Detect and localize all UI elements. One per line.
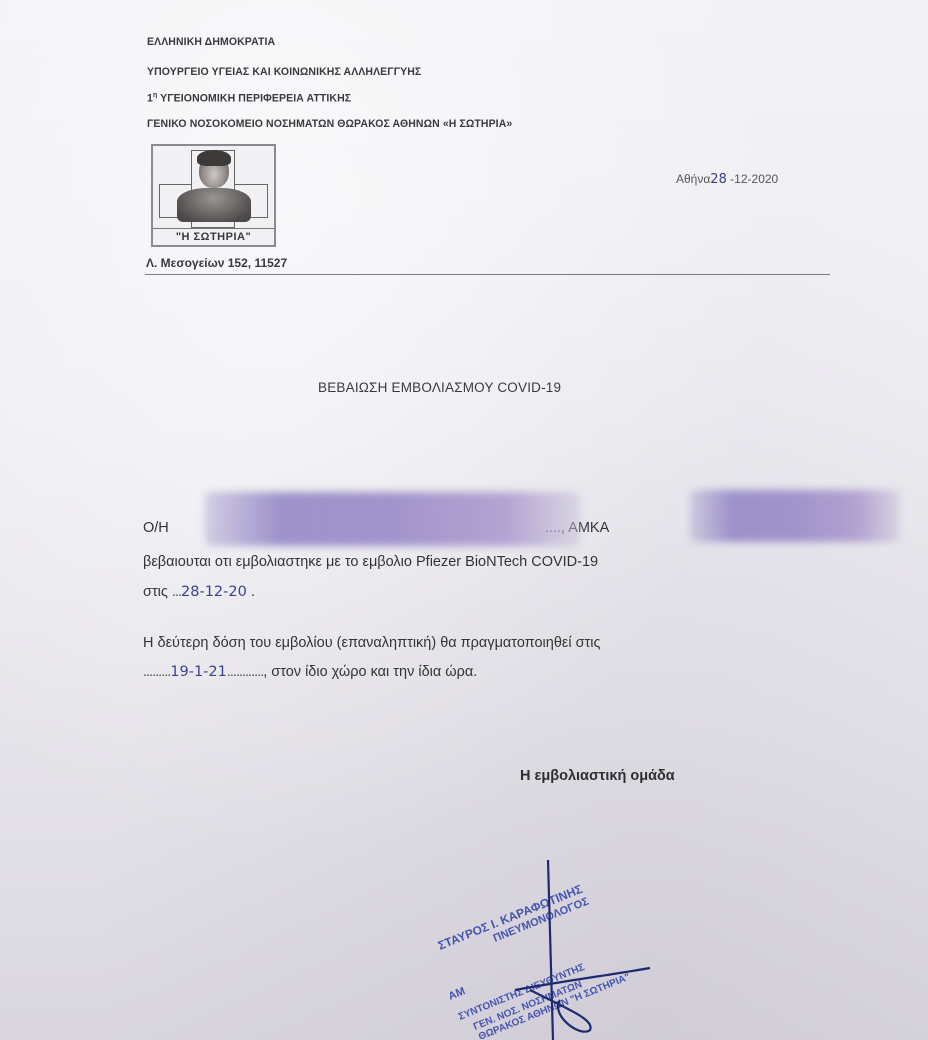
letterhead-hospital: ΓΕΝΙΚΟ ΝΟΣΟΚΟΜΕΙΟ ΝΟΣΗΜΑΤΩΝ ΘΩΡΑΚΟΣ ΑΘΗΝ…	[147, 118, 512, 131]
document-title: ΒΕΒΑΙΩΣΗ ΕΜΒΟΛΙΑΣΜΟΥ COVID-19	[318, 380, 561, 395]
recipient-label: Ο/Η	[143, 520, 169, 536]
date-rest: -12-2020	[727, 172, 778, 186]
redacted-name	[205, 492, 580, 546]
first-dose-date: 28-12-20	[181, 584, 247, 600]
second-dose-line: .........19-1-21............, στον ίδιο …	[143, 664, 477, 680]
dots: .........	[143, 664, 170, 680]
hospital-logo-icon: "Η ΣΩΤΗΡΙΑ"	[151, 144, 276, 247]
hospital-address: Λ. Μεσογείων 152, 11527	[146, 256, 287, 270]
signoff-vaccination-team: Η εμβολιαστική ομάδα	[520, 768, 675, 784]
second-dose-text: Η δεύτερη δόση του εμβολίου (επαναληπτικ…	[143, 635, 601, 651]
logo-portrait-body	[177, 188, 251, 222]
date-label: στις	[143, 584, 168, 600]
dots: ...	[172, 584, 181, 600]
letterhead-region: 1η ΥΓΕΙΟΝΟΜΙΚΗ ΠΕΡΙΦΕΡΕΙΑ ΑΤΤΙΚΗΣ	[147, 92, 351, 105]
logo-portrait-hair	[197, 150, 231, 166]
second-dose-tail: , στον ίδιο χώρο και την ίδια ώρα.	[263, 664, 477, 680]
place: Αθήνα	[676, 172, 710, 186]
certification-text: βεβαιουται οτι εμβολιαστηκε με το εμβολι…	[143, 554, 598, 570]
handwritten-day: 28	[710, 172, 727, 187]
official-stamp-icon: ΣΤΑΥΡΟΣ Ι. ΚΑΡΑΦΩΤΙΝΗΣ ΠΝΕΥΜΟΝΟΛΟΓΟΣ ΑΜ …	[420, 850, 710, 1040]
redacted-amka	[690, 490, 900, 542]
letterhead-republic: ΕΛΛΗΝΙΚΗ ΔΗΜΟΚΡΑΤΙΑ	[147, 36, 275, 49]
dots: ............	[227, 664, 263, 680]
header-divider	[145, 274, 830, 275]
first-dose-line: στις ...28-12-20 .	[143, 584, 255, 600]
svg-text:ΑΜ: ΑΜ	[447, 985, 467, 1003]
period: .	[251, 584, 255, 600]
second-dose-date: 19-1-21	[170, 664, 227, 680]
place-date: Αθήνα28 -12-2020	[676, 172, 778, 187]
region-name: ΥΓΕΙΟΝΟΜΙΚΗ ΠΕΡΙΦΕΡΕΙΑ ΑΤΤΙΚΗΣ	[157, 92, 351, 105]
letterhead-ministry: ΥΠΟΥΡΓΕΙΟ ΥΓΕΙΑΣ ΚΑΙ ΚΟΙΝΩΝΙΚΗΣ ΑΛΛΗΛΕΓΓ…	[147, 66, 421, 79]
logo-caption: "Η ΣΩΤΗΡΙΑ"	[153, 228, 274, 243]
